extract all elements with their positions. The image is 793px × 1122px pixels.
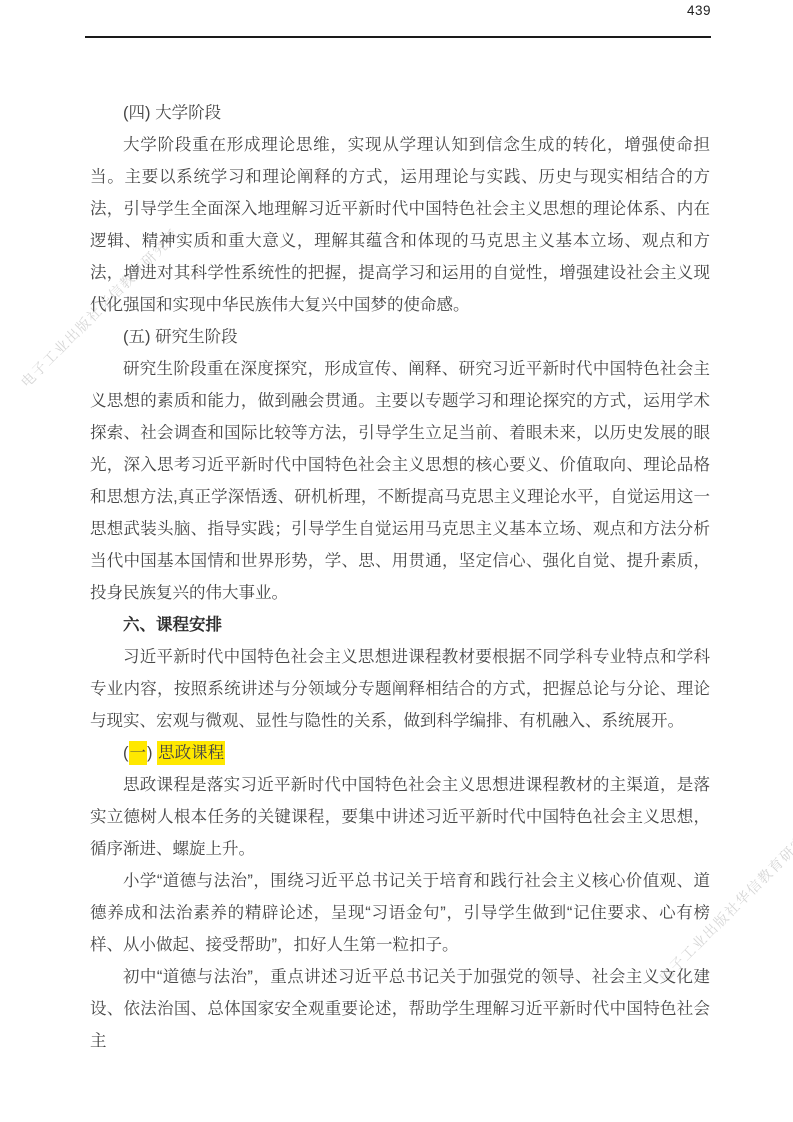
page-number: 439: [85, 3, 711, 18]
header-rule: [85, 36, 711, 38]
paragraph-graduate-stage: 研究生阶段重在深度探究，形成宣传、阐释、研究习近平新时代中国特色社会主义思想的素…: [90, 353, 710, 609]
highlight-section-number: 一: [129, 741, 148, 765]
paragraph-university-stage: 大学阶段重在形成理论思维，实现从学理认知到信念生成的转化，增强使命担当。主要以系…: [90, 129, 710, 321]
heading-university-stage: (四) 大学阶段: [90, 97, 710, 129]
paragraph-course-arrangement: 习近平新时代中国特色社会主义思想进课程教材要根据不同学科专业特点和学科专业内容，…: [90, 641, 710, 737]
document-page: 439 电子工业出版社华信教育研究所 电子工业出版社华信教育研究所 (四) 大学…: [0, 0, 793, 1122]
heading-course-arrangement: 六、课程安排: [90, 609, 710, 641]
paragraph-ideological-courses: 思政课程是落实习近平新时代中国特色社会主义思想进课程教材的主渠道，是落实立德树人…: [90, 769, 710, 865]
paragraph-primary-school: 小学“道德与法治”，围绕习近平总书记关于培育和践行社会主义核心价值观、道德养成和…: [90, 865, 710, 961]
document-body: (四) 大学阶段 大学阶段重在形成理论思维，实现从学理认知到信念生成的转化，增强…: [90, 97, 710, 1057]
paragraph-middle-school: 初中“道德与法治”，重点讲述习近平总书记关于加强党的领导、社会主义文化建设、依法…: [90, 961, 710, 1057]
heading-graduate-stage: (五) 研究生阶段: [90, 321, 710, 353]
highlight-section-title: 思政课程: [157, 741, 225, 765]
heading-paren-open: (: [123, 744, 129, 762]
heading-ideological-courses: (一) 思政课程: [90, 737, 710, 769]
heading-paren-close: ): [147, 744, 157, 762]
